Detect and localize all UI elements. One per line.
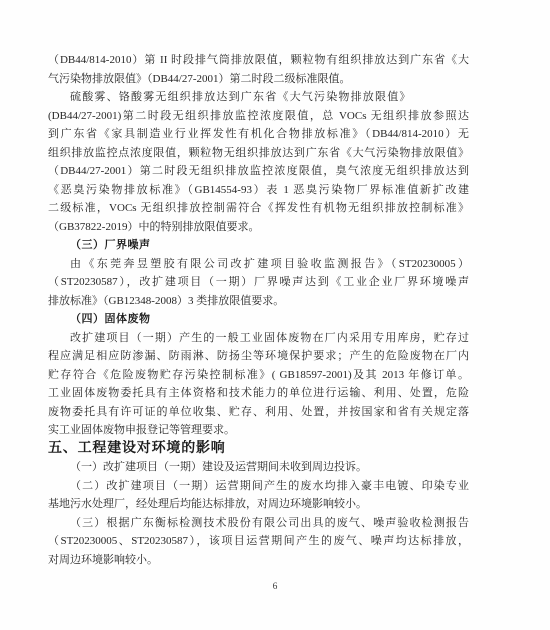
heading-section5-environmental-impact: 五、工程建设对环境的影响 [48,440,469,459]
para-fugitive-emissions-line: （GB37822-2019）中的特别排放限值要求。 [48,218,469,237]
document-page: （DB44/814-2010）第 II 时段排气筒排放限值，颗粒物有组织排放达到… [0,0,550,630]
para-fugitive-emissions-line: 硫酸雾、铬酸雾无组织排放达到广东省《大气污染物排放限值》 [48,88,469,107]
para-exhaust-limits-line: 气污染物排放限值》（DB44/27-2001）第二时段二级标准限值。 [48,70,469,89]
para-boundary-noise-line: 排放标准》（GB12348-2008）3 类排放限值要求。 [48,292,469,311]
para-boundary-noise-line: （ST20230587），改扩建项目（一期）厂界噪声达到《工业企业厂界环境噪声 [48,273,469,292]
para-impact-item2-line: （二）改扩建项目（一期）运营期间产生的废水均排入豪丰电镀、印染专业 [48,477,469,496]
para-exhaust-limits-line: （DB44/814-2010）第 II 时段排气筒排放限值，颗粒物有组织排放达到… [48,51,469,70]
para-impact-item3-line: （三）根据广东衡标检测技术股份有限公司出具的废气、噪声验收检测报告 [48,514,469,533]
para-fugitive-emissions-line: 二级标准，VOCs 无组织排放控制需符合《挥发性有机物无组织排放控制标准》 [48,199,469,218]
para-impact-item2-line: 基地污水处理厂，经处理后均能达标排放，对周边环境影响较小。 [48,495,469,514]
para-fugitive-emissions-line: （DB44/27-2001）第二时段无组织排放监控浓度限值，臭气浓度无组织排放达… [48,162,469,181]
para-boundary-noise-line: 由《东莞奔昱塑胶有限公司改扩建项目验收监测报告》（ST20230005） [48,255,469,274]
para-impact-item3-line: 对周边环境影响较小。 [48,551,469,570]
document-body: （DB44/814-2010）第 II 时段排气筒排放限值，颗粒物有组织排放达到… [48,51,469,569]
para-solid-waste-line: 程应满足相应防渗漏、防雨淋、防扬尘等环境保护要求；产生的危险废物在厂内 [48,347,469,366]
para-impact-item3-line: （ST20230005、ST20230587），该项目运营期间产生的废气、噪声均… [48,532,469,551]
para-fugitive-emissions-line: 《恶臭污染物排放标准》（GB14554-93）表 1 恶臭污染物厂界标准值新扩改… [48,181,469,200]
page-number: 6 [0,582,550,592]
para-solid-waste-line: 废物委托具有许可证的单位收集、贮存、利用、处置，并按国家和省有关规定落 [48,403,469,422]
para-fugitive-emissions-line: 到广东省《家具制造业行业挥发性有机化合物排放标准》（DB44/814-2010）… [48,125,469,144]
para-solid-waste-line: 改扩建项目（一期）产生的一般工业固体废物在厂内采用专用库房，贮存过 [48,329,469,348]
para-fugitive-emissions-line: (DB44/27-2001)第二时段无组织排放监控浓度限值，总 VOCs 无组织… [48,107,469,126]
heading-solid-waste: （四）固体废物 [48,310,469,329]
para-impact-item1-line: （一）改扩建项目（一期）建设及运营期间未收到周边投诉。 [48,458,469,477]
para-fugitive-emissions-line: 组织排放监控点浓度限值，颗粒物无组织排放达到广东省《大气污染物排放限值》 [48,144,469,163]
para-solid-waste-line: 实工业固体废物申报登记等管理要求。 [48,421,469,440]
para-solid-waste-line: 贮存符合《危险废物贮存污染控制标准》( GB18597-2001)及其 2013… [48,366,469,385]
para-solid-waste-line: 工业固体废物委托具有主体资格和技术能力的单位进行运输、利用、处置，危险 [48,384,469,403]
heading-boundary-noise: （三）厂界噪声 [48,236,469,255]
